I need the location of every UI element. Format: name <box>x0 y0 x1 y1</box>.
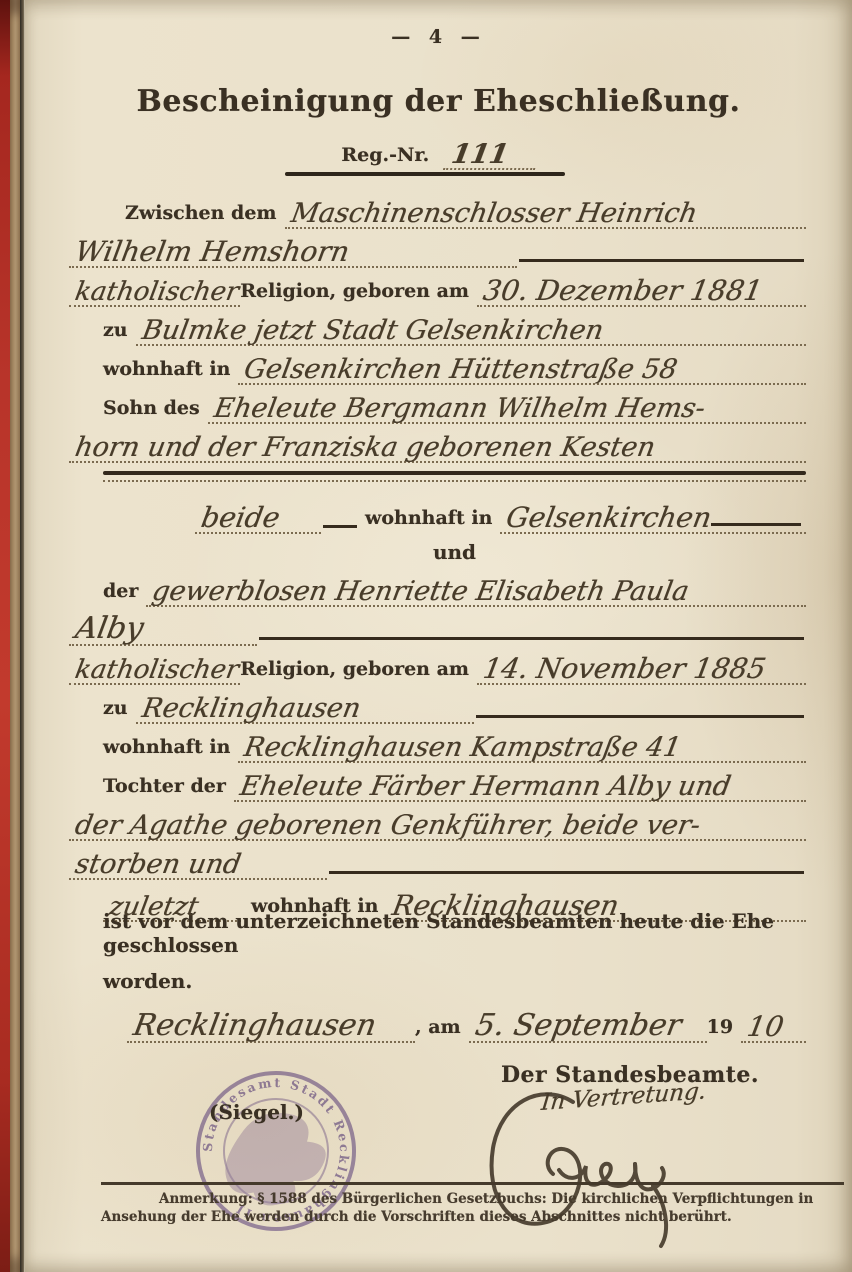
bride-birth-date: 14. November 1885 <box>481 655 768 683</box>
dotted-fill-line: storben und <box>69 851 327 880</box>
bride-parents-row-2: der Agathe geborenen Genkführer, beide v… <box>69 802 806 841</box>
dotted-fill-line: Recklinghausen Kampstraße 41 <box>238 734 806 763</box>
dotted-fill-line: Alby <box>69 614 257 646</box>
am-label: , am <box>415 1016 469 1043</box>
solid-rule-filler <box>329 869 804 874</box>
bride-religion-row: katholischer Religion, geboren am 14. No… <box>69 646 806 685</box>
der-label: der <box>103 580 146 607</box>
date-row: Recklinghausen , am 5. September 19 10 <box>127 997 806 1043</box>
dotted-fill-line: gewerblosen Henriette Elisabeth Paula <box>146 578 806 607</box>
conjunction-und: und <box>433 540 476 568</box>
dotted-fill-line: der Agathe geborenen Genkführer, beide v… <box>69 812 806 841</box>
dotted-fill-line: Bulmke jetzt Stadt Gelsenkirchen <box>136 317 806 346</box>
bride-parents-line1: Eheleute Färber Hermann Alby und <box>238 773 733 800</box>
scanned-document-page: — 4 — Bescheinigung der Eheschließung. R… <box>0 0 852 1272</box>
dotted-fill-line: Recklinghausen <box>136 695 474 724</box>
dotted-fill-line: Gelsenkirchen <box>500 504 806 534</box>
bride-name-row: Alby <box>69 607 806 646</box>
groom-intro-label: Zwischen dem <box>125 202 285 229</box>
certificate-sheet: — 4 — Bescheinigung der Eheschließung. R… <box>25 0 852 1272</box>
footnote-block: Anmerkung: § 1588 des Bürgerlichen Geset… <box>101 1182 844 1226</box>
groom-religion-row: katholischer Religion, geboren am 30. De… <box>69 268 806 307</box>
bride-parents-line3: storben und <box>73 851 243 878</box>
bride-parents-row-3: storben und <box>69 841 806 880</box>
dotted-fill-line: katholischer <box>69 657 240 685</box>
zu-label: zu <box>103 319 136 346</box>
bride-parents-line2: der Agathe geborenen Genkführer, beide v… <box>73 812 702 839</box>
bride-occupation-first-names: gewerblosen Henriette Elisabeth Paula <box>150 578 691 605</box>
und-row: und <box>103 534 806 568</box>
groom-birth-date: 30. Dezember 1881 <box>481 277 764 305</box>
dotted-fill-line: katholischer <box>69 279 240 307</box>
dotted-fill-line: 30. Dezember 1881 <box>477 277 806 307</box>
dotted-fill-line: 10 <box>741 1013 806 1043</box>
groom-name-row: Wilhelm Hemshorn <box>69 229 806 268</box>
registry-number-row: Reg.-Nr. 111 <box>25 124 852 170</box>
footnote-text: Anmerkung: § 1588 des Bürgerlichen Geset… <box>101 1190 844 1226</box>
certificate-body: Zwischen dem Maschinenschlosser Heinrich… <box>103 190 806 1043</box>
daughter-of-label: Tochter der <box>103 775 234 802</box>
dotted-fill-line: Eheleute Bergmann Wilhelm Hems- <box>208 395 806 424</box>
dotted-fill-line: Recklinghausen <box>127 1011 415 1043</box>
groom-parents-line2: horn und der Franziska geborenen Kesten <box>73 434 657 461</box>
joint-residence: Gelsenkirchen <box>504 504 713 532</box>
bride-birth-place: Recklinghausen <box>140 695 363 722</box>
religion-born-label: Religion, geboren am <box>240 280 477 307</box>
date-place: Recklinghausen <box>131 1011 378 1041</box>
religion-born-label: Religion, geboren am <box>240 658 477 685</box>
last-residence: Recklinghausen <box>390 892 621 920</box>
book-binding-tan-edge <box>10 0 20 1272</box>
groom-residence: Gelsenkirchen Hüttenstraße 58 <box>242 356 679 383</box>
solid-rule-filler <box>476 713 804 718</box>
groom-religion: katholischer <box>73 279 241 305</box>
dotted-fill-line: beide <box>195 504 321 534</box>
groom-occupation-first-names: Maschinenschlosser Heinrich <box>289 200 699 227</box>
groom-residence-row: wohnhaft in Gelsenkirchen Hüttenstraße 5… <box>103 346 806 385</box>
zuletzt-word: zuletzt <box>107 894 200 920</box>
dotted-fill-line: Eheleute Färber Hermann Alby und <box>234 773 806 802</box>
solid-dash <box>323 523 357 528</box>
son-of-label: Sohn des <box>103 397 208 424</box>
groom-birth-place: Bulmke jetzt Stadt Gelsenkirchen <box>140 317 605 344</box>
bride-residence-row: wohnhaft in Recklinghausen Kampstraße 41 <box>103 724 806 763</box>
bride-birthplace-row: zu Recklinghausen <box>103 685 806 724</box>
dotted-fill-line: Gelsenkirchen Hüttenstraße 58 <box>238 356 806 385</box>
reg-nr-value: 111 <box>443 141 540 170</box>
dotted-fill-line: 14. November 1885 <box>477 655 806 685</box>
closing-line2: worden. <box>103 969 192 997</box>
handwritten-year: 10 <box>745 1013 786 1041</box>
solid-rule-filler <box>519 257 804 262</box>
residence-label: wohnhaft in <box>103 736 238 763</box>
reg-nr-underline <box>285 172 565 176</box>
residence-label: wohnhaft in <box>103 358 238 385</box>
bride-religion: katholischer <box>73 657 241 683</box>
joint-residence-row: beide wohnhaft in Gelsenkirchen <box>195 492 806 534</box>
joint-residence-label: wohnhaft in <box>365 507 500 534</box>
reg-nr-label: Reg.-Nr. <box>341 144 429 170</box>
closing-row-1: ist vor dem unterzeichneten Standesbeamt… <box>103 922 806 961</box>
bride-residence: Recklinghausen Kampstraße 41 <box>242 734 683 761</box>
divider-rule <box>103 471 806 475</box>
groom-parents-line1: Eheleute Bergmann Wilhelm Hems- <box>212 395 707 422</box>
officiant-block: Der Standesbeamte. In Vertretung. <box>475 1062 785 1115</box>
dotted-fill-line: 5. September <box>469 1011 707 1043</box>
dotted-fill-line: horn und der Franziska geborenen Kesten <box>69 434 806 463</box>
bride-intro-row: der gewerblosen Henriette Elisabeth Paul… <box>103 568 806 607</box>
solid-rule-filler <box>259 635 804 640</box>
section-divider <box>103 471 806 482</box>
bride-parents-row-1: Tochter der Eheleute Färber Hermann Alby… <box>103 763 806 802</box>
groom-birthplace-row: zu Bulmke jetzt Stadt Gelsenkirchen <box>103 307 806 346</box>
groom-parents-row-2: horn und der Franziska geborenen Kesten <box>69 424 806 463</box>
siegel-label: (Siegel.) <box>209 1100 304 1124</box>
groom-parents-row-1: Sohn des Eheleute Bergmann Wilhelm Hems- <box>103 385 806 424</box>
bride-surname: Alby <box>73 614 146 644</box>
book-binding-red-edge <box>0 0 10 1272</box>
dotted-fill-line: Wilhelm Hemshorn <box>69 238 517 268</box>
page-number: — 4 — <box>25 26 852 48</box>
beide-word: beide <box>199 504 282 532</box>
groom-intro-row: Zwischen dem Maschinenschlosser Heinrich <box>125 190 806 229</box>
date-day-month: 5. September <box>473 1011 684 1041</box>
closing-row-2: worden. <box>103 961 806 997</box>
document-title: Bescheinigung der Eheschließung. <box>25 84 852 119</box>
groom-surname: Wilhelm Hemshorn <box>73 238 351 266</box>
printed-century: 19 <box>707 1016 741 1043</box>
zu-label: zu <box>103 697 136 724</box>
solid-dash <box>711 521 801 526</box>
divider-dotted-line <box>103 480 806 482</box>
dotted-fill-line: Maschinenschlosser Heinrich <box>285 200 806 229</box>
